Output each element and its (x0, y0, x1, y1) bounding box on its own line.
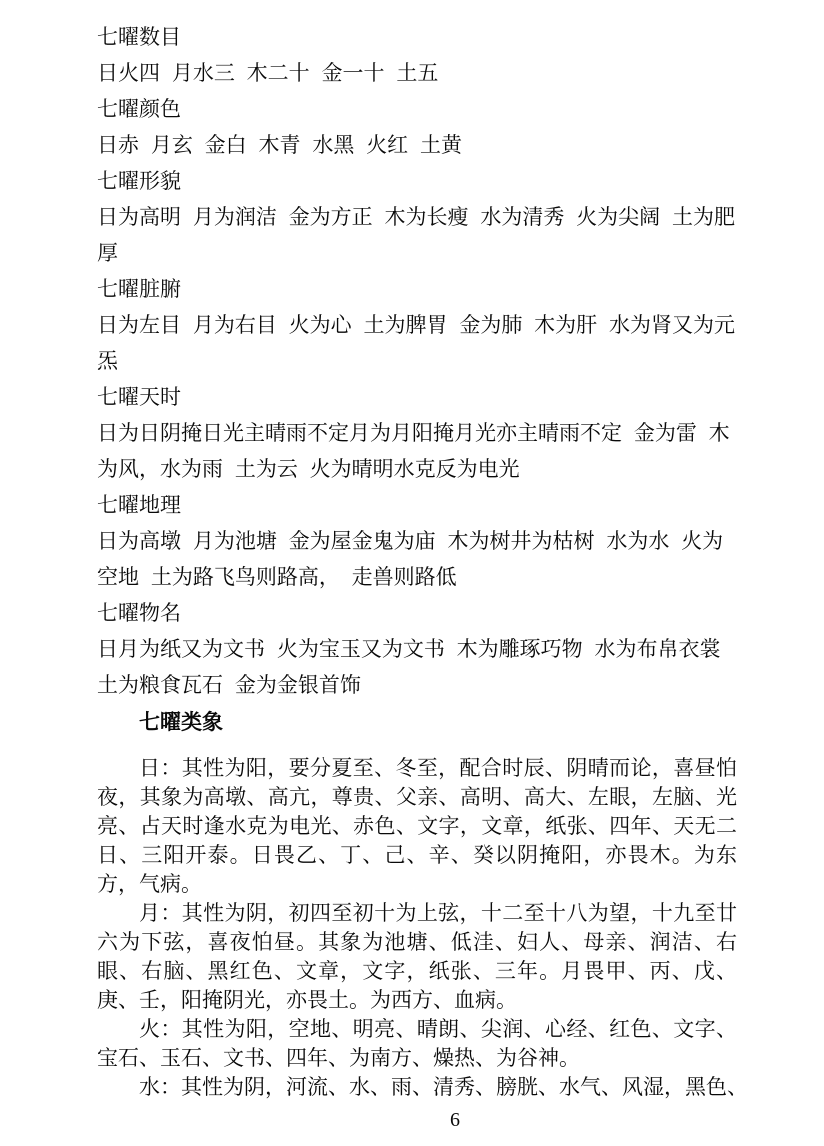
section-heading-weather: 七曜天时 (97, 380, 737, 416)
section-heading-appearance: 七曜形貌 (97, 164, 737, 200)
document-page: 七曜数目 日火四 月水三 木二十 金一十 土五 七曜颜色 日赤 月玄 金白 木青… (0, 0, 824, 1146)
section-body-appearance: 日为高明 月为润洁 金为方正 木为长瘦 水为清秀 火为尖阔 土为肥厚 (97, 200, 737, 272)
subsection-heading-categories: 七曜类象 (97, 704, 737, 740)
section-heading-colors: 七曜颜色 (97, 92, 737, 128)
section-heading-geography: 七曜地理 (97, 488, 737, 524)
paragraph-moon: 月：其性为阴，初四至初十为上弦，十二至十八为望，十九至廿六为下弦，喜夜怕昼。其象… (97, 899, 737, 1015)
section-body-colors: 日赤 月玄 金白 木青 水黑 火红 土黄 (97, 128, 737, 164)
section-body-organs: 日为左目 月为右目 火为心 土为脾胃 金为肺 木为肝 水为肾又为元炁 (97, 308, 737, 380)
paragraph-fire: 火：其性为阳，空地、明亮、晴朗、尖润、心经、红色、文字、宝石、玉石、文书、四年、… (97, 1015, 737, 1073)
page-number: 6 (135, 1108, 775, 1132)
section-body-geography: 日为高墩 月为池塘 金为屋金鬼为庙 木为树井为枯树 水为水 火为空地 土为路飞鸟… (97, 524, 737, 596)
section-heading-organs: 七曜脏腑 (97, 272, 737, 308)
category-paragraphs: 日：其性为阳，要分夏至、冬至，配合时辰、阴晴而论，喜昼怕夜，其象为高墩、高亢，尊… (97, 754, 737, 1102)
section-heading-numbers: 七曜数目 (97, 20, 737, 56)
section-body-numbers: 日火四 月水三 木二十 金一十 土五 (97, 56, 737, 92)
paragraph-water: 水：其性为阴，河流、水、雨、清秀、膀胱、水气、风湿，黑色、 (97, 1073, 737, 1102)
paragraph-sun: 日：其性为阳，要分夏至、冬至，配合时辰、阴晴而论，喜昼怕夜，其象为高墩、高亢，尊… (97, 754, 737, 899)
luminaries-list-block: 七曜数目 日火四 月水三 木二十 金一十 土五 七曜颜色 日赤 月玄 金白 木青… (97, 20, 737, 704)
section-body-weather: 日为日阴掩日光主晴雨不定月为月阳掩月光亦主晴雨不定 金为雷 木为风，水为雨 土为… (97, 416, 737, 488)
section-heading-objects: 七曜物名 (97, 596, 737, 632)
section-body-objects: 日月为纸又为文书 火为宝玉又为文书 木为雕琢巧物 水为布帛衣裳 土为粮食瓦石 金… (97, 632, 737, 704)
